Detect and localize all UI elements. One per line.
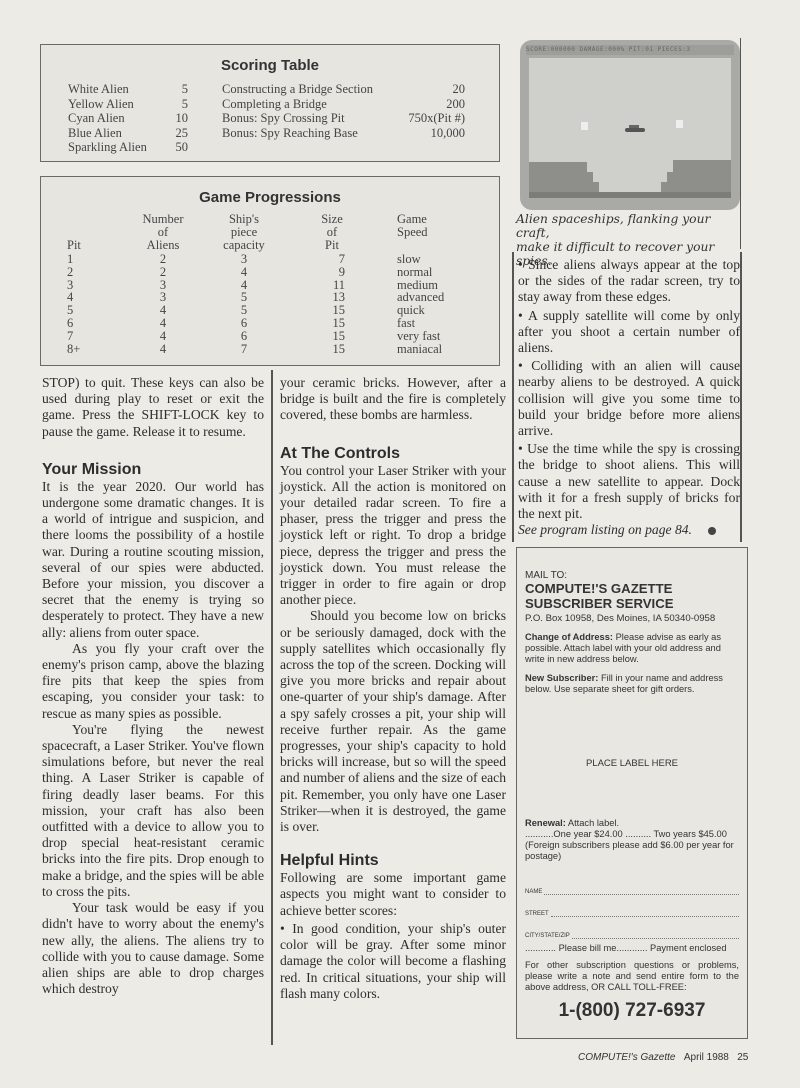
header-aliens: Number of Aliens [133, 213, 193, 251]
hint-bullet: • Since aliens always appear at the top … [518, 257, 740, 306]
cell: slow [397, 253, 421, 266]
paragraph: It is the year 2020. Our world has under… [42, 479, 264, 641]
cell: 2 [133, 253, 193, 266]
street-field[interactable]: STREET [525, 910, 739, 917]
new-subscriber-label: New Subscriber: [525, 673, 598, 683]
score-value: 750x(Pit #) [408, 111, 465, 126]
scoring-table: Scoring Table White Alien5 Yellow Alien5… [40, 44, 500, 162]
hint-bullet: • Use the time while the spy is crossing… [518, 441, 740, 522]
program-listing-text: See program listing on page 84. [518, 522, 692, 537]
header-capacity: Ship's piece capacity [211, 213, 277, 251]
form-header: MAIL TO: COMPUTE!'S GAZETTE SUBSCRIBER S… [525, 570, 739, 695]
table-row: 1237slow [41, 253, 499, 266]
caption-line: Alien spaceships, flanking your craft, [516, 212, 740, 240]
section-heading-your-mission: Your Mission [42, 460, 264, 479]
street-input-line[interactable] [551, 910, 739, 917]
cell: normal [397, 266, 432, 279]
score-label: Yellow Alien [68, 97, 134, 112]
publication-name: COMPUTE!'s Gazette [578, 1052, 676, 1063]
article-column-2: your ceramic bricks. However, after a br… [280, 375, 506, 1002]
paragraph: As you fly your craft over the enemy's p… [42, 641, 264, 722]
score-label: Bonus: Spy Reaching Base [222, 126, 358, 141]
score-label: Cyan Alien [68, 111, 125, 126]
game-playfield [529, 58, 731, 198]
renewal-label: Renewal: [525, 818, 566, 828]
score-row: Constructing a Bridge Section20 [222, 82, 465, 97]
score-label: White Alien [68, 82, 129, 97]
place-label-area: PLACE LABEL HERE [517, 758, 747, 769]
name-input-line[interactable] [544, 888, 739, 895]
cell: 4 [133, 343, 193, 356]
score-value: 5 [182, 97, 188, 112]
score-row: Bonus: Spy Crossing Pit750x(Pit #) [222, 111, 465, 126]
section-heading-helpful-hints: Helpful Hints [280, 851, 506, 870]
cell: 4 [211, 266, 277, 279]
cell: 6 [67, 317, 73, 330]
article-column-3: • Since aliens always appear at the top … [518, 255, 740, 538]
hint-bullet: • A supply satellite will come by only a… [518, 308, 740, 357]
cell: 3 [211, 253, 277, 266]
score-row: Completing a Bridge200 [222, 97, 465, 112]
org-name: COMPUTE!'S GAZETTE [525, 581, 739, 596]
cell: 2 [67, 266, 73, 279]
score-row: Cyan Alien10 [68, 111, 188, 126]
score-row: Bonus: Spy Reaching Base10,000 [222, 126, 465, 141]
hint-bullet: • Colliding with an alien will cause nea… [518, 358, 740, 439]
score-label: Bonus: Spy Crossing Pit [222, 111, 345, 126]
score-row: Yellow Alien5 [68, 97, 188, 112]
subscriber-service-form: MAIL TO: COMPUTE!'S GAZETTE SUBSCRIBER S… [516, 547, 748, 1039]
alien-points-list: White Alien5 Yellow Alien5 Cyan Alien10 … [68, 82, 188, 155]
toll-free-phone: 1-(800) 727-6937 [517, 1000, 747, 1022]
cell: 8+ [67, 343, 80, 356]
score-value: 200 [446, 97, 465, 112]
cell: fast [397, 317, 415, 330]
pit-floor [529, 192, 731, 198]
table-row: 74615very fast [41, 330, 499, 343]
header-speed: Game Speed [397, 213, 428, 239]
change-label: Change of Address: [525, 632, 613, 642]
cell: 15 [317, 317, 345, 330]
name-field[interactable]: NAME [525, 888, 739, 895]
action-points-list: Constructing a Bridge Section20 Completi… [222, 82, 465, 140]
column-divider [512, 252, 514, 542]
cell: 1 [67, 253, 73, 266]
issue-date: April 1988 [684, 1052, 729, 1063]
score-label: Blue Alien [68, 126, 122, 141]
score-row: White Alien5 [68, 82, 188, 97]
score-label: Sparkling Alien [68, 140, 147, 155]
end-of-article-icon [708, 527, 716, 535]
progressions-grid: Pit Number of Aliens Ship's piece capaci… [41, 213, 499, 355]
hint-bullet: • In good condition, your ship's outer c… [280, 921, 506, 1002]
city-input-line[interactable] [572, 932, 739, 939]
game-progressions-title: Game Progressions [41, 189, 499, 206]
change-of-address-note: Change of Address: Please advise as earl… [525, 632, 739, 665]
score-row: Sparkling Alien50 [68, 140, 188, 155]
scoring-table-title: Scoring Table [41, 57, 499, 74]
program-listing-note: See program listing on page 84. [518, 522, 740, 538]
cell: 4 [133, 317, 193, 330]
column-divider [271, 370, 273, 1045]
paragraph: You control your Laser Striker with your… [280, 463, 506, 609]
score-label: Constructing a Bridge Section [222, 82, 373, 97]
cell: 15 [317, 330, 345, 343]
mail-to-label: MAIL TO: [525, 570, 739, 581]
renewal-text: Attach label. [566, 818, 619, 828]
article-column-1: STOP) to quit. These keys can also be us… [42, 375, 264, 997]
header-size: Size of Pit [317, 213, 347, 251]
table-row: 64615fast [41, 317, 499, 330]
page-number: 25 [737, 1052, 748, 1063]
other-questions-note: For other subscription questions or prob… [525, 960, 739, 993]
table-row: 43513advanced [41, 291, 499, 304]
alien-ship-icon [676, 120, 683, 128]
cell: 4 [133, 330, 193, 343]
player-ship-icon [625, 128, 645, 132]
section-heading-at-the-controls: At The Controls [280, 444, 506, 463]
paragraph: Following are some important game aspect… [280, 870, 506, 919]
cell: maniacal [397, 343, 442, 356]
cell: 6 [211, 330, 277, 343]
score-value: 50 [176, 140, 189, 155]
score-value: 5 [182, 82, 188, 97]
score-value: 10,000 [431, 126, 465, 141]
cell: 6 [211, 317, 277, 330]
street-label: STREET [525, 911, 549, 917]
name-label: NAME [525, 889, 542, 895]
renewal-options[interactable]: ...........One year $24.00 .......... Tw… [525, 829, 739, 840]
new-subscriber-note: New Subscriber: Fill in your name and ad… [525, 673, 739, 695]
game-screenshot: SCORE:000000 DAMAGE:000% PIT:01 PIECES:3 [520, 40, 740, 210]
table-row: 54515quick [41, 304, 499, 317]
score-value: 20 [453, 82, 466, 97]
paragraph: You're flying the newest spacecraft, a L… [42, 722, 264, 900]
game-progressions-table: Game Progressions Pit Number of Aliens S… [40, 176, 500, 366]
score-value: 25 [176, 126, 189, 141]
score-label: Completing a Bridge [222, 97, 327, 112]
column-divider [740, 252, 742, 542]
paragraph: Should you become low on bricks or be se… [280, 608, 506, 835]
cell: 15 [317, 343, 345, 356]
foreign-postage-note: (Foreign subscribers please add $6.00 pe… [525, 840, 739, 862]
cell: very fast [397, 330, 440, 343]
city-label: CITY/STATE/ZIP [525, 933, 570, 939]
alien-ship-icon [581, 122, 588, 130]
table-header: Pit Number of Aliens Ship's piece capaci… [41, 213, 499, 253]
score-row: Blue Alien25 [68, 126, 188, 141]
cell: 9 [317, 266, 345, 279]
header-pit: Pit [67, 239, 81, 252]
page-footer: COMPUTE!'s Gazette April 1988 25 [578, 1052, 748, 1063]
org-department: SUBSCRIBER SERVICE [525, 596, 739, 611]
cell: 7 [67, 330, 73, 343]
cell: 2 [133, 266, 193, 279]
player-ship-dome [629, 125, 639, 128]
renewal-section: Renewal: Attach label. ...........One ye… [525, 818, 739, 862]
paragraph: STOP) to quit. These keys can also be us… [42, 375, 264, 440]
paragraph: Your task would be easy if you didn't ha… [42, 900, 264, 997]
table-row: 8+4715maniacal [41, 343, 499, 356]
cell: 7 [317, 253, 345, 266]
game-hud: SCORE:000000 DAMAGE:000% PIT:01 PIECES:3 [526, 45, 734, 55]
paragraph: your ceramic bricks. However, after a br… [280, 375, 506, 424]
table-row: 2249normal [41, 266, 499, 279]
city-state-zip-field[interactable]: CITY/STATE/ZIP [525, 932, 739, 939]
score-value: 10 [176, 111, 189, 126]
mailing-address: P.O. Box 10958, Des Moines, IA 50340-095… [525, 613, 739, 624]
payment-options[interactable]: ............ Please bill me............ … [525, 943, 739, 953]
cell: 7 [211, 343, 277, 356]
